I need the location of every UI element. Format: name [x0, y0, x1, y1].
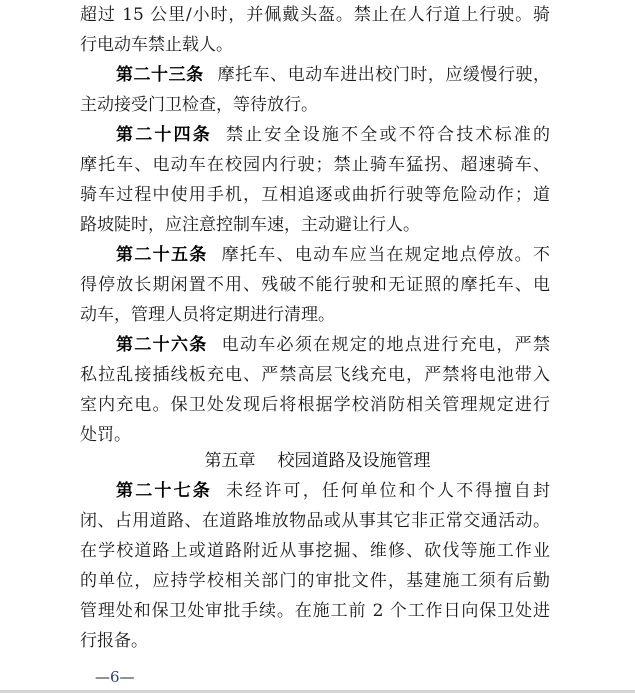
- article-23-line: 第二十三条摩托车、电动车进出校门时，应缓慢行驶，: [116, 60, 550, 90]
- page-number-value: 6: [110, 668, 120, 686]
- text-line: 路坡陡时，应注意控制车速，主动避让行人。: [80, 210, 550, 240]
- chapter-title: 校园道路及设施管理: [278, 451, 431, 471]
- chapter-heading: 第五章校园道路及设施管理: [0, 446, 635, 476]
- text-line: 在学校道路上或道路附近从事挖掘、维修、砍伐等施工作业: [80, 536, 550, 566]
- article-27-line: 第二十七条未经许可，任何单位和个人不得擅自封: [116, 476, 550, 506]
- article-heading: 第二十四条: [116, 125, 212, 145]
- document-page: 超过 15 公里/小时，并佩戴头盔。禁止在人行道上行驶。骑 行电动车禁止载人。 …: [0, 0, 635, 690]
- page-number: —6—: [95, 668, 135, 686]
- article-text: 未经许可，任何单位和个人不得擅自封: [226, 481, 550, 501]
- text-line: 行报备。: [80, 626, 550, 656]
- article-heading: 第二十七条: [116, 481, 212, 501]
- text-line: 摩托车、电动车在校园内行驶；禁止骑车猛拐、超速骑车、: [80, 150, 550, 180]
- chapter-number: 第五章: [205, 451, 256, 471]
- text-line: 动车，管理人员将定期进行清理。: [80, 300, 550, 330]
- text-line: 主动接受门卫检查，等待放行。: [80, 90, 550, 120]
- article-heading: 第二十五条: [116, 245, 208, 265]
- text-line: 得停放长期闲置不用、残破不能行驶和无证照的摩托车、电: [80, 270, 550, 300]
- page-number-dash: —: [95, 668, 110, 686]
- article-25-line: 第二十五条摩托车、电动车应当在规定地点停放。不: [116, 240, 550, 270]
- article-24-line: 第二十四条禁止安全设施不全或不符合技术标准的: [116, 120, 550, 150]
- article-text: 禁止安全设施不全或不符合技术标准的: [226, 125, 550, 145]
- article-text: 电动车必须在规定的地点进行充电，严禁: [222, 335, 550, 355]
- article-26-line: 第二十六条电动车必须在规定的地点进行充电，严禁: [116, 330, 550, 360]
- text-line: 闭、占用道路、在道路堆放物品或从事其它非正常交通活动。: [80, 506, 550, 536]
- article-heading: 第二十三条: [116, 65, 204, 85]
- text-line: 超过 15 公里/小时，并佩戴头盔。禁止在人行道上行驶。骑: [80, 0, 550, 30]
- article-heading: 第二十六条: [116, 335, 208, 355]
- text-line: 室内充电。保卫处发现后将根据学校消防相关管理规定进行: [80, 390, 550, 420]
- text-line: 行电动车禁止载人。: [80, 30, 550, 60]
- page-number-dash: —: [120, 668, 135, 686]
- article-text: 摩托车、电动车进出校门时，应缓慢行驶，: [218, 65, 550, 85]
- text-line: 的单位，应持学校相关部门的审批文件，基建施工须有后勤: [80, 566, 550, 596]
- text-line: 私拉乱接插线板充电、严禁高层飞线充电，严禁将电池带入: [80, 360, 550, 390]
- article-text: 摩托车、电动车应当在规定地点停放。不: [222, 245, 550, 265]
- text-line: 骑车过程中使用手机，互相追逐或曲折行驶等危险动作；道: [80, 180, 550, 210]
- text-line: 管理处和保卫处审批手续。在施工前 2 个工作日向保卫处进: [80, 596, 550, 626]
